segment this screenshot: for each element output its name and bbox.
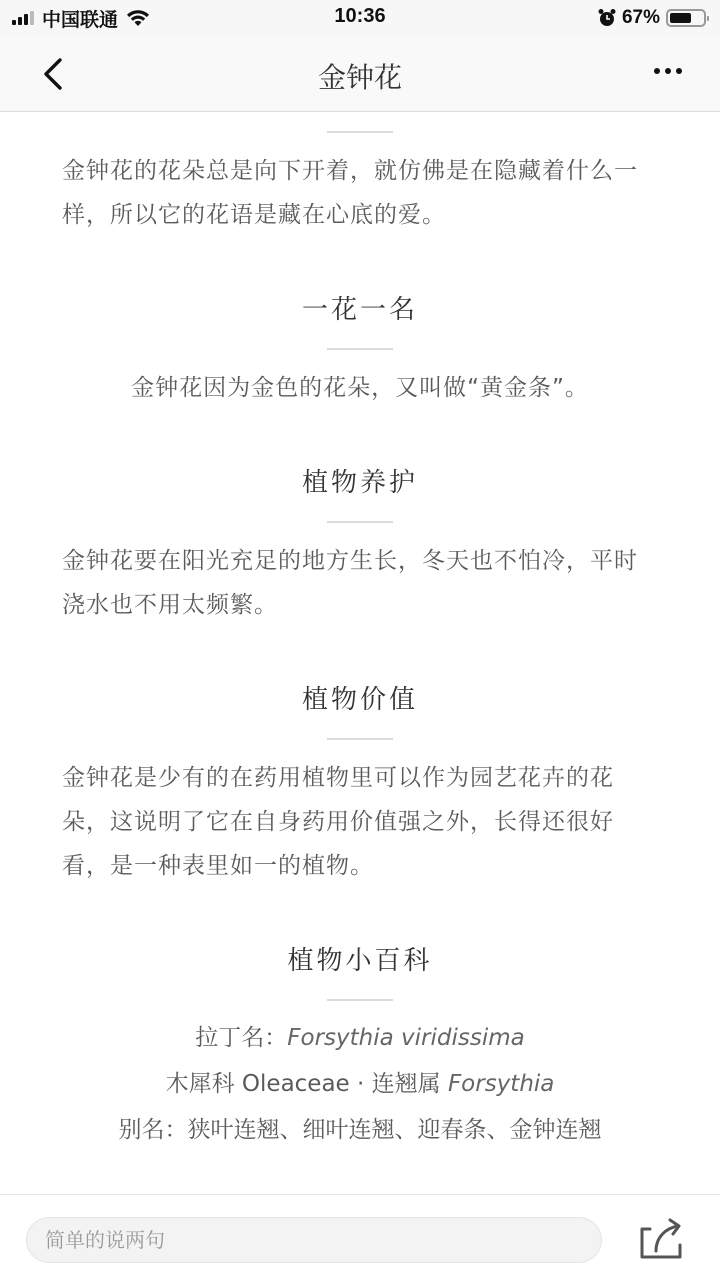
- status-bar: 中国联通 10:36 67%: [0, 0, 720, 36]
- section-divider: [327, 348, 393, 350]
- more-dots-icon: [654, 68, 660, 74]
- bottom-bar: 简单的说两句: [0, 1194, 720, 1280]
- latin-name-label: 拉丁名：: [195, 1025, 287, 1051]
- section-body: 金钟花要在阳光充足的地方生长，冬天也不怕冷，平时浇水也不用太频繁。: [0, 539, 720, 627]
- share-button[interactable]: [636, 1217, 686, 1261]
- section-divider: [327, 999, 393, 1001]
- section-title: 一花一名: [0, 289, 720, 326]
- more-button[interactable]: [650, 64, 686, 78]
- section-title: 植物养护: [0, 462, 720, 499]
- section-title: 植物小百科: [0, 940, 720, 977]
- share-icon: [636, 1217, 686, 1261]
- latin-name-line: 拉丁名：Forsythia viridissima: [0, 1015, 720, 1061]
- section-divider: [327, 131, 393, 133]
- battery-percent: 67%: [622, 7, 660, 29]
- section-divider: [327, 738, 393, 740]
- alarm-icon: [598, 8, 616, 28]
- aliases-line: 别名：狭叶连翘、细叶连翘、迎春条、金钟连翘: [0, 1107, 720, 1153]
- nav-bar: 金钟花: [0, 36, 720, 112]
- encyclopedia-block: 拉丁名：Forsythia viridissima 木犀科 Oleaceae ·…: [0, 1015, 720, 1153]
- section-divider: [327, 521, 393, 523]
- battery-icon: [666, 9, 706, 27]
- article-content: 金钟花的花朵总是向下开着，就仿佛是在隐藏着什么一样，所以它的花语是藏在心底的爱。…: [0, 112, 720, 1194]
- section-title: 植物价值: [0, 679, 720, 716]
- latin-name: Forsythia viridissima: [287, 1025, 524, 1051]
- section-body: 金钟花因为金色的花朵，又叫做“黄金条”。: [0, 366, 720, 410]
- intro-paragraph: 金钟花的花朵总是向下开着，就仿佛是在隐藏着什么一样，所以它的花语是藏在心底的爱。: [0, 149, 720, 237]
- genus-latin: Forsythia: [448, 1071, 554, 1097]
- comment-input[interactable]: 简单的说两句: [26, 1217, 602, 1263]
- section-body: 金钟花是少有的在药用植物里可以作为园艺花卉的花朵，这说明了它在自身药用价值强之外…: [0, 756, 720, 888]
- family-line: 木犀科 Oleaceae · 连翘属 Forsythia: [0, 1061, 720, 1107]
- page-title: 金钟花: [0, 56, 720, 96]
- family-genus: 木犀科 Oleaceae · 连翘属: [166, 1071, 448, 1097]
